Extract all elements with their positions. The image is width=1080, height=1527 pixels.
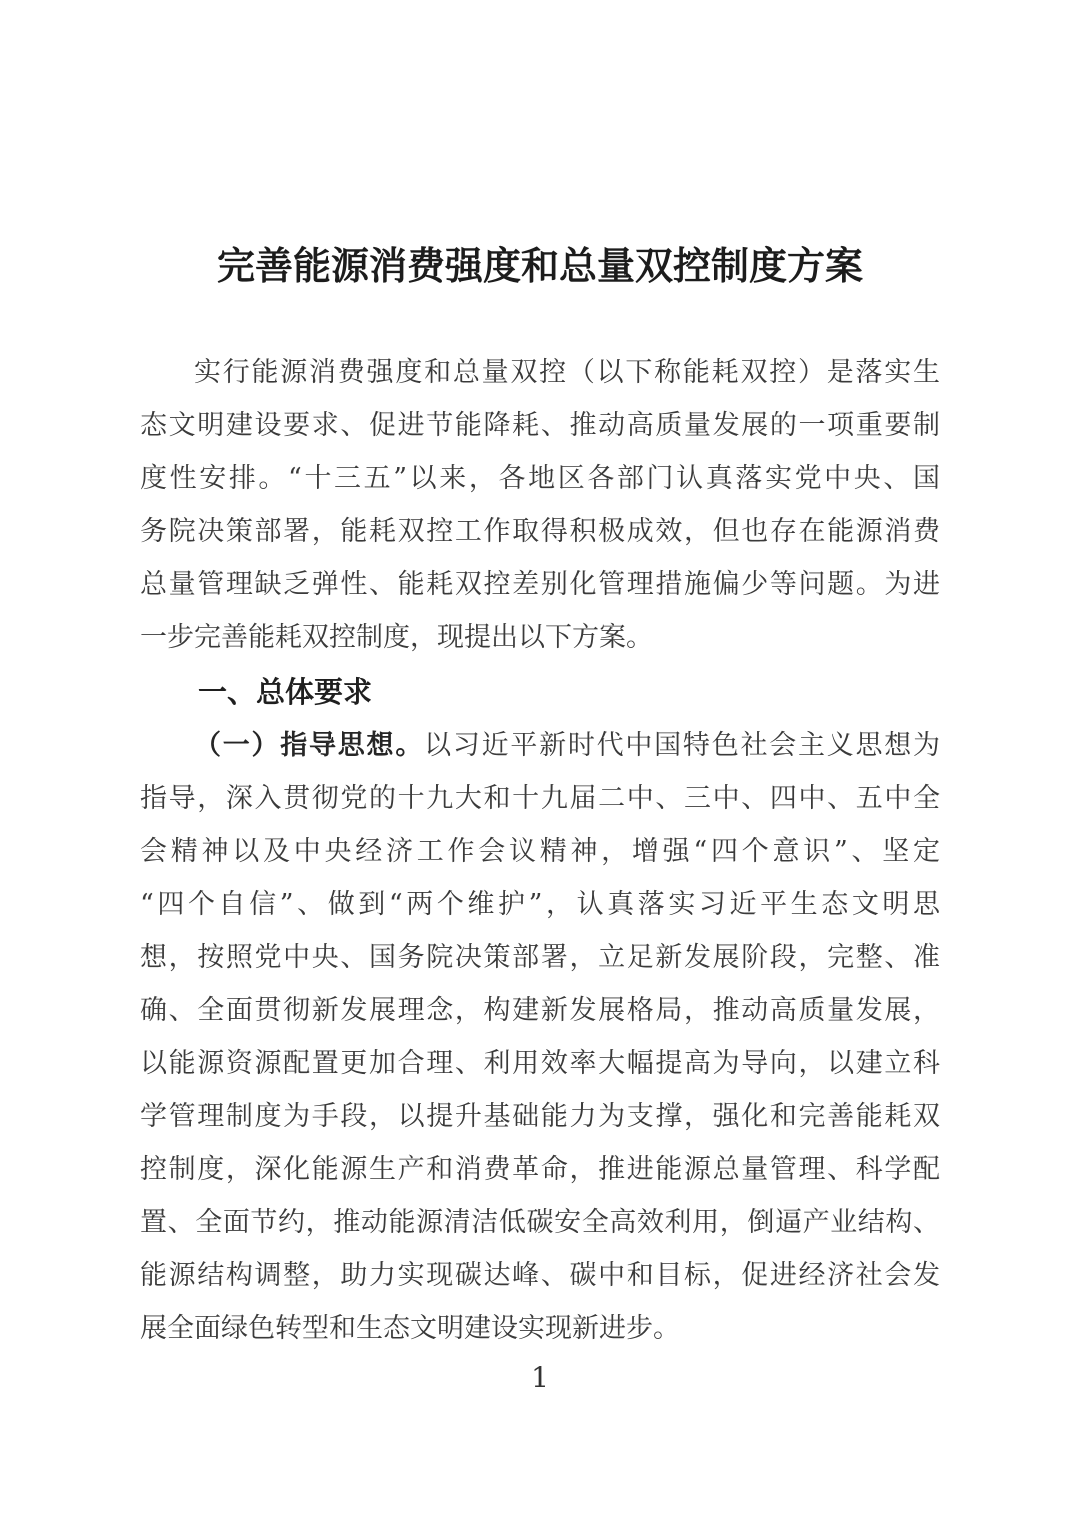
text-line: （一）指导思想。以习近平新时代中国特色社会主义思想为 xyxy=(140,719,940,772)
guiding-ideology-paragraph: （一）指导思想。以习近平新时代中国特色社会主义思想为指导，深入贯彻党的十九大和十… xyxy=(140,719,940,1355)
text-line: “四个自信”、做到“两个维护”，认真落实习近平生态文明思 xyxy=(140,878,940,931)
section-heading: 一、总体要求 xyxy=(140,666,940,719)
document-title: 完善能源消费强度和总量双控制度方案 xyxy=(140,243,940,289)
text-line: 确、全面贯彻新发展理念，构建新发展格局，推动高质量发展， xyxy=(140,984,940,1037)
document-page: 完善能源消费强度和总量双控制度方案 实行能源消费强度和总量双控（以下称能耗双控）… xyxy=(0,0,1080,1527)
intro-paragraph: 实行能源消费强度和总量双控（以下称能耗双控）是落实生态文明建设要求、促进节能降耗… xyxy=(140,346,940,664)
text-line: 学管理制度为手段，以提升基础能力为支撑，强化和完善能耗双 xyxy=(140,1090,940,1143)
text-line: 度性安排。“十三五”以来，各地区各部门认真落实党中央、国 xyxy=(140,452,940,505)
text-line: 想，按照党中央、国务院决策部署，立足新发展阶段，完整、准 xyxy=(140,931,940,984)
text-line: 态文明建设要求、促进节能降耗、推动高质量发展的一项重要制 xyxy=(140,399,940,452)
text-line: 实行能源消费强度和总量双控（以下称能耗双控）是落实生 xyxy=(140,346,940,399)
text-line: 置、全面节约，推动能源清洁低碳安全高效利用，倒逼产业结构、 xyxy=(140,1196,940,1249)
text-line: 以能源资源配置更加合理、利用效率大幅提高为导向，以建立科 xyxy=(140,1037,940,1090)
text-line: 务院决策部署，能耗双控工作取得积极成效，但也存在能源消费 xyxy=(140,505,940,558)
text-line: 控制度，深化能源生产和消费革命，推进能源总量管理、科学配 xyxy=(140,1143,940,1196)
text-line: 总量管理缺乏弹性、能耗双控差别化管理措施偏少等问题。为进 xyxy=(140,558,940,611)
text-line: 一步完善能耗双控制度，现提出以下方案。 xyxy=(140,611,940,664)
text-line: 会精神以及中央经济工作会议精神，增强“四个意识”、坚定 xyxy=(140,825,940,878)
text-line: 展全面绿色转型和生态文明建设实现新进步。 xyxy=(140,1302,940,1355)
text-line: 能源结构调整，助力实现碳达峰、碳中和目标，促进经济社会发 xyxy=(140,1249,940,1302)
document-content: 完善能源消费强度和总量双控制度方案 实行能源消费强度和总量双控（以下称能耗双控）… xyxy=(140,0,940,1401)
page-number: 1 xyxy=(140,1355,940,1401)
text-line: 指导，深入贯彻党的十九大和十九届二中、三中、四中、五中全 xyxy=(140,772,940,825)
